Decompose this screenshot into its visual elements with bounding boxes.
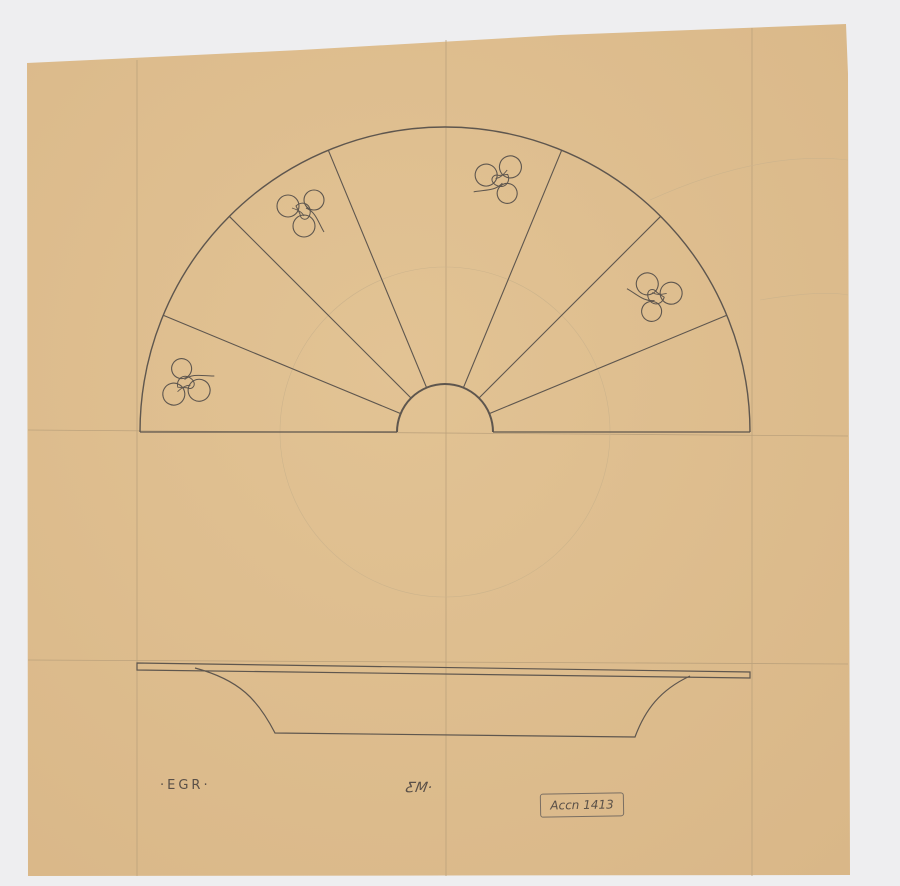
- initials-label: ·EGR·: [160, 778, 211, 793]
- paper: [27, 24, 850, 876]
- accession-label: Accn 1413: [540, 792, 624, 817]
- drawing-sheet: [0, 0, 900, 886]
- monogram-label: ƸM·: [405, 780, 434, 796]
